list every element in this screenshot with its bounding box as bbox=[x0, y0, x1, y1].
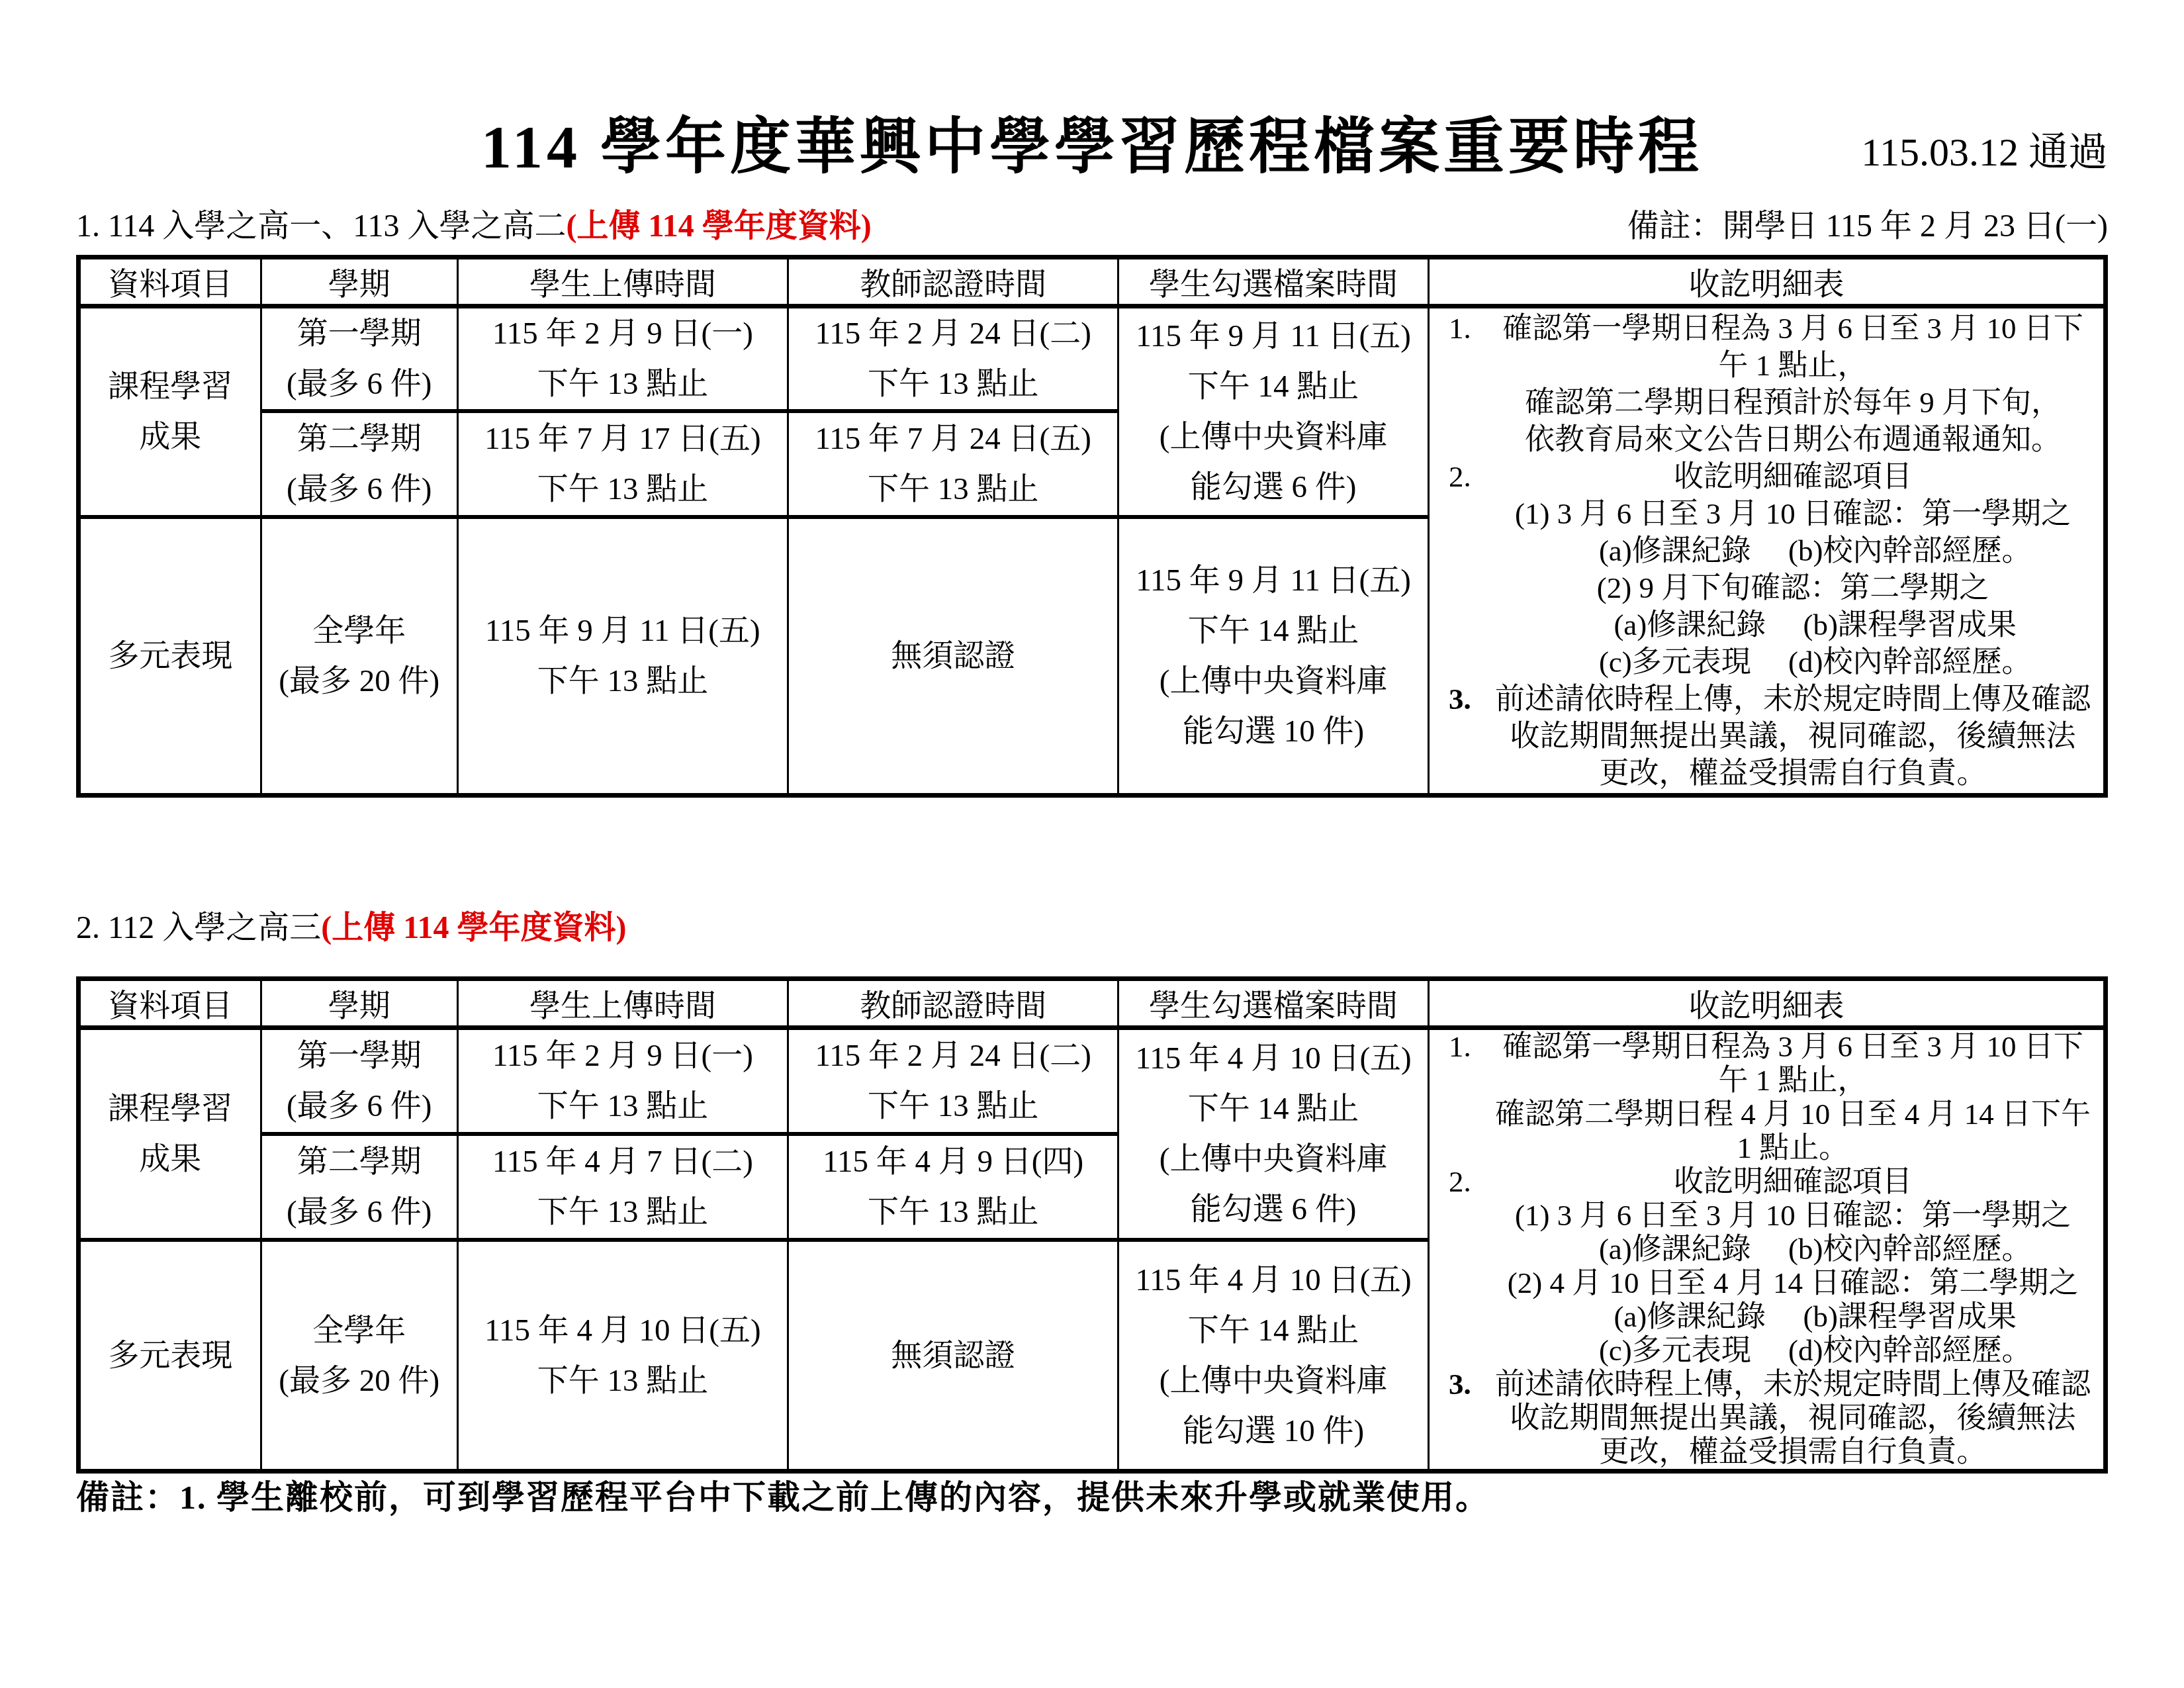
receipt-item-1: 1. 確認第一學期日程為 3 月 6 日至 3 月 10 日下 午 1 點止， … bbox=[1433, 1030, 2099, 1165]
cell-no-certify-needed: 無須認證 bbox=[788, 517, 1118, 795]
section-1-heading-line: 1. 114 入學之高一、113 入學之高二(上傳 114 學年度資料) 備註：… bbox=[76, 200, 2108, 246]
approval-date: 115.03.12 通過 bbox=[1861, 120, 2108, 177]
cell-sem2-certify-time: 115 年 7 月 24 日(五) 下午 13 點止 bbox=[788, 411, 1118, 517]
cell-sem1-term: 第一學期 (最多 6 件) bbox=[261, 306, 457, 412]
section-2-heading-red: (上傳 114 學年度資料) bbox=[321, 910, 626, 945]
cell-fullyear-upload-time: 115 年 9 月 11 日(五) 下午 13 點止 bbox=[457, 517, 788, 795]
table-row: 課程學習 成果 第一學期 (最多 6 件) 115 年 2 月 9 日(一) 下… bbox=[79, 1028, 2106, 1134]
section-1-heading-black: 1. 114 入學之高一、113 入學之高二 bbox=[76, 209, 566, 244]
cell-fullyear-term: 全學年 (最多 20 件) bbox=[261, 1240, 457, 1471]
table-header-row: 資料項目 學期 學生上傳時間 教師認證時間 學生勾選檔案時間 收訖明細表 bbox=[79, 258, 2106, 306]
cell-sem2-certify-time: 115 年 4 月 9 日(四) 下午 13 點止 bbox=[788, 1134, 1118, 1240]
cell-receipt-detail: 1. 確認第一學期日程為 3 月 6 日至 3 月 10 日下 午 1 點止， … bbox=[1428, 1028, 2105, 1472]
col-header-item: 資料項目 bbox=[79, 979, 261, 1028]
table-row: 課程學習 成果 第一學期 (最多 6 件) 115 年 2 月 9 日(一) 下… bbox=[79, 306, 2106, 412]
receipt-item-2: 2. 收訖明細確認項目 (1) 3 月 6 日至 3 月 10 日確認：第一學期… bbox=[1433, 1165, 2099, 1368]
receipt-marker: 1. bbox=[1433, 310, 1486, 347]
col-header-item: 資料項目 bbox=[79, 258, 261, 306]
cell-sem2-term: 第二學期 (最多 6 件) bbox=[261, 411, 457, 517]
section-1-side-note: 備註：開學日 115 年 2 月 23 日(一) bbox=[1627, 200, 2108, 246]
receipt-item-2: 2. 收訖明細確認項目 (1) 3 月 6 日至 3 月 10 日確認：第一學期… bbox=[1433, 458, 2099, 680]
col-header-receipt-detail: 收訖明細表 bbox=[1428, 979, 2105, 1028]
cell-fullyear-select-time: 115 年 9 月 11 日(五) 下午 14 點止 (上傳中央資料庫 能勾選 … bbox=[1118, 517, 1429, 795]
receipt-text: 前述請依時程上傳，未於規定時間上傳及確認 收訖期間無提出異議，視同確認，後續無法… bbox=[1486, 680, 2099, 792]
col-header-student-select-time: 學生勾選檔案時間 bbox=[1118, 258, 1429, 306]
schedule-table-grade3: 資料項目 學期 學生上傳時間 教師認證時間 學生勾選檔案時間 收訖明細表 課程學… bbox=[76, 976, 2108, 1474]
cell-course-results-label: 課程學習 成果 bbox=[79, 306, 261, 518]
receipt-marker: 3. bbox=[1433, 680, 1486, 718]
section-1-heading: 1. 114 入學之高一、113 入學之高二(上傳 114 學年度資料) bbox=[76, 200, 872, 246]
cell-sem1-upload-time: 115 年 2 月 9 日(一) 下午 13 點止 bbox=[457, 306, 788, 412]
receipt-text: 收訖明細確認項目 (1) 3 月 6 日至 3 月 10 日確認：第一學期之 (… bbox=[1486, 458, 2099, 680]
receipt-marker: 3. bbox=[1433, 1368, 1486, 1401]
receipt-text: 前述請依時程上傳，未於規定時間上傳及確認 收訖期間無提出異議，視同確認，後續無法… bbox=[1486, 1368, 2099, 1469]
cell-fullyear-select-time: 115 年 4 月 10 日(五) 下午 14 點止 (上傳中央資料庫 能勾選 … bbox=[1118, 1240, 1429, 1471]
cell-fullyear-term: 全學年 (最多 20 件) bbox=[261, 517, 457, 795]
document-page: 114 學年度華興中學學習歷程檔案重要時程 115.03.12 通過 1. 11… bbox=[0, 0, 2184, 1688]
receipt-marker: 2. bbox=[1433, 1165, 1486, 1199]
cell-sem1-certify-time: 115 年 2 月 24 日(二) 下午 13 點止 bbox=[788, 1028, 1118, 1134]
cell-sem2-term: 第二學期 (最多 6 件) bbox=[261, 1134, 457, 1240]
cell-multi-performance-label: 多元表現 bbox=[79, 517, 261, 795]
cell-sem1-upload-time: 115 年 2 月 9 日(一) 下午 13 點止 bbox=[457, 1028, 788, 1134]
receipt-item-3: 3. 前述請依時程上傳，未於規定時間上傳及確認 收訖期間無提出異議，視同確認，後… bbox=[1433, 1368, 2099, 1469]
receipt-text: 確認第一學期日程為 3 月 6 日至 3 月 10 日下 午 1 點止， 確認第… bbox=[1486, 310, 2099, 458]
cell-receipt-detail: 1. 確認第一學期日程為 3 月 6 日至 3 月 10 日下 午 1 點止， … bbox=[1428, 306, 2105, 796]
receipt-text: 確認第一學期日程為 3 月 6 日至 3 月 10 日下 午 1 點止， 確認第… bbox=[1486, 1030, 2099, 1165]
cell-sem2-upload-time: 115 年 7 月 17 日(五) 下午 13 點止 bbox=[457, 411, 788, 517]
col-header-semester: 學期 bbox=[261, 258, 457, 306]
cell-fullyear-upload-time: 115 年 4 月 10 日(五) 下午 13 點止 bbox=[457, 1240, 788, 1471]
col-header-student-select-time: 學生勾選檔案時間 bbox=[1118, 979, 1429, 1028]
footer-note: 備註：1. 學生離校前，可到學習歷程平台中下載之前上傳的內容，提供未來升學或就業… bbox=[76, 1471, 1490, 1519]
col-header-student-upload-time: 學生上傳時間 bbox=[457, 258, 788, 306]
section-1-heading-red: (上傳 114 學年度資料) bbox=[566, 209, 871, 244]
cell-sem2-upload-time: 115 年 4 月 7 日(二) 下午 13 點止 bbox=[457, 1134, 788, 1240]
section-2-heading-line: 2. 112 入學之高三(上傳 114 學年度資料) bbox=[76, 902, 2108, 947]
cell-select-time-merged: 115 年 9 月 11 日(五) 下午 14 點止 (上傳中央資料庫 能勾選 … bbox=[1118, 306, 1429, 518]
col-header-teacher-certify-time: 教師認證時間 bbox=[788, 258, 1118, 306]
cell-no-certify-needed: 無須認證 bbox=[788, 1240, 1118, 1471]
cell-select-time-merged: 115 年 4 月 10 日(五) 下午 14 點止 (上傳中央資料庫 能勾選 … bbox=[1118, 1028, 1429, 1241]
page-title: 114 學年度華興中學學習歷程檔案重要時程 bbox=[0, 98, 2184, 185]
cell-sem1-certify-time: 115 年 2 月 24 日(二) 下午 13 點止 bbox=[788, 306, 1118, 412]
receipt-marker: 2. bbox=[1433, 458, 1486, 495]
cell-course-results-label: 課程學習 成果 bbox=[79, 1028, 261, 1241]
section-2-heading: 2. 112 入學之高三(上傳 114 學年度資料) bbox=[76, 902, 627, 947]
cell-multi-performance-label: 多元表現 bbox=[79, 1240, 261, 1471]
receipt-item-1: 1. 確認第一學期日程為 3 月 6 日至 3 月 10 日下 午 1 點止， … bbox=[1433, 310, 2099, 458]
receipt-marker: 1. bbox=[1433, 1030, 1486, 1064]
col-header-receipt-detail: 收訖明細表 bbox=[1428, 258, 2105, 306]
cell-sem1-term: 第一學期 (最多 6 件) bbox=[261, 1028, 457, 1134]
col-header-semester: 學期 bbox=[261, 979, 457, 1028]
col-header-teacher-certify-time: 教師認證時間 bbox=[788, 979, 1118, 1028]
receipt-text: 收訖明細確認項目 (1) 3 月 6 日至 3 月 10 日確認：第一學期之 (… bbox=[1486, 1165, 2099, 1368]
section-2-heading-black: 2. 112 入學之高三 bbox=[76, 910, 321, 945]
table-header-row: 資料項目 學期 學生上傳時間 教師認證時間 學生勾選檔案時間 收訖明細表 bbox=[79, 979, 2106, 1028]
receipt-item-3: 3. 前述請依時程上傳，未於規定時間上傳及確認 收訖期間無提出異議，視同確認，後… bbox=[1433, 680, 2099, 792]
schedule-table-grade1-2: 資料項目 學期 學生上傳時間 教師認證時間 學生勾選檔案時間 收訖明細表 課程學… bbox=[76, 255, 2108, 798]
col-header-student-upload-time: 學生上傳時間 bbox=[457, 979, 788, 1028]
